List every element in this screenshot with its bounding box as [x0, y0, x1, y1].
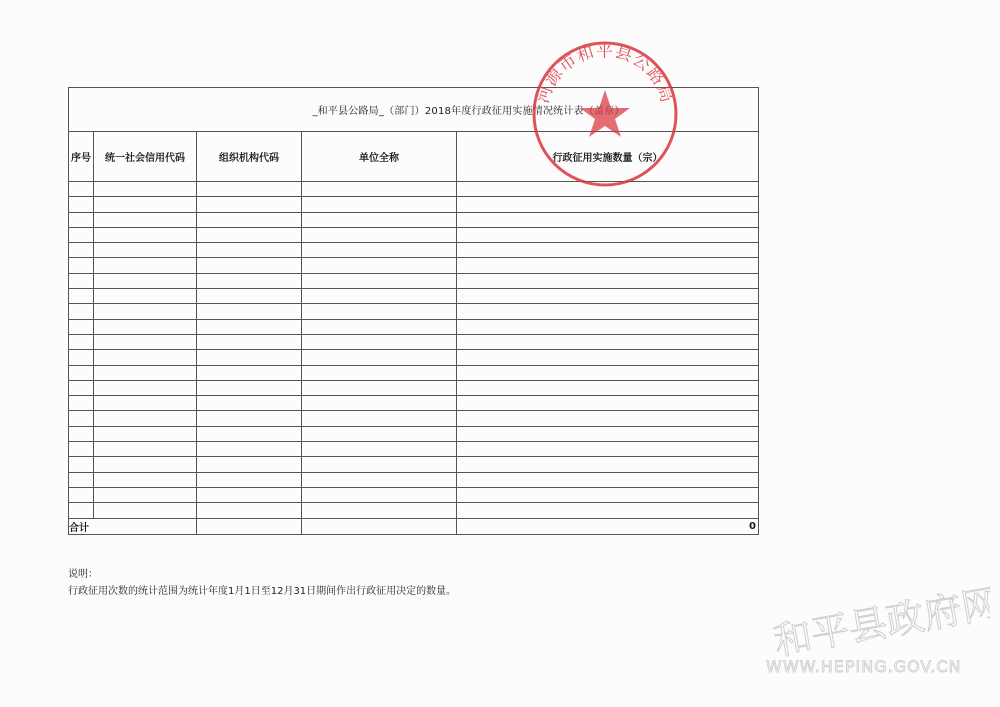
notes-text: 行政征用次数的统计范围为统计年度1月1日至12月31日期间作出行政征用决定的数量…	[68, 583, 456, 600]
table-row	[69, 182, 759, 197]
table-cell	[302, 319, 457, 334]
table-cell	[302, 411, 457, 426]
table-cell	[457, 273, 759, 288]
table-row	[69, 472, 759, 487]
table-cell	[302, 472, 457, 487]
table-cell	[457, 243, 759, 258]
table-cell	[457, 334, 759, 349]
table-cell	[94, 258, 197, 273]
table-cell	[197, 411, 302, 426]
table-cell	[302, 334, 457, 349]
table-cell	[197, 212, 302, 227]
table-cell	[69, 487, 94, 502]
table-cell	[302, 227, 457, 242]
table-cell	[302, 518, 457, 534]
table-row	[69, 289, 759, 304]
table-row	[69, 273, 759, 288]
table-cell	[302, 487, 457, 502]
table-header-row: 序号 统一社会信用代码 组织机构代码 单位全称 行政征用实施数量（宗）	[69, 132, 759, 182]
table-cell	[94, 304, 197, 319]
table-cell	[457, 503, 759, 518]
table-cell	[197, 243, 302, 258]
table-cell	[302, 273, 457, 288]
table-cell	[197, 457, 302, 472]
table-cell	[69, 243, 94, 258]
table-cell	[457, 304, 759, 319]
table-cell	[457, 365, 759, 380]
statistics-table: _和平县公路局_（部门）2018年度行政征用实施情况统计表（盖章） 序号 统一社…	[68, 87, 759, 535]
table-row	[69, 334, 759, 349]
table-row	[69, 457, 759, 472]
table-cell	[69, 396, 94, 411]
table-cell	[94, 212, 197, 227]
table-cell	[302, 258, 457, 273]
table-cell	[94, 289, 197, 304]
table-row	[69, 396, 759, 411]
table-cell	[69, 182, 94, 197]
table-cell	[302, 243, 457, 258]
table-cell	[94, 503, 197, 518]
table-cell	[197, 258, 302, 273]
table-cell	[197, 289, 302, 304]
table-cell	[69, 334, 94, 349]
table-cell	[302, 365, 457, 380]
table-cell	[457, 472, 759, 487]
table-cell	[94, 227, 197, 242]
table-cell	[69, 197, 94, 212]
table-cell	[457, 258, 759, 273]
table-row	[69, 411, 759, 426]
table-row	[69, 487, 759, 502]
table-cell	[302, 197, 457, 212]
table-cell	[69, 273, 94, 288]
table-cell	[69, 304, 94, 319]
table-cell	[197, 304, 302, 319]
table-cell	[197, 197, 302, 212]
table-cell	[94, 396, 197, 411]
table-title: _和平县公路局_（部门）2018年度行政征用实施情况统计表（盖章）	[69, 88, 759, 132]
table-cell	[197, 426, 302, 441]
table-cell	[302, 182, 457, 197]
table-cell	[69, 350, 94, 365]
table-cell	[302, 442, 457, 457]
table-cell	[94, 350, 197, 365]
table-cell	[197, 182, 302, 197]
table-cell	[302, 289, 457, 304]
table-row	[69, 304, 759, 319]
table-cell	[457, 380, 759, 395]
table-cell	[457, 319, 759, 334]
table-cell	[94, 411, 197, 426]
table-cell	[457, 212, 759, 227]
table-cell	[457, 411, 759, 426]
table-cell	[69, 503, 94, 518]
total-label: 合计	[69, 518, 197, 534]
table-cell	[69, 380, 94, 395]
table-cell	[302, 304, 457, 319]
table-cell	[94, 243, 197, 258]
table-cell	[457, 442, 759, 457]
table-cell	[69, 365, 94, 380]
table-row	[69, 243, 759, 258]
table-cell	[302, 212, 457, 227]
table-cell	[457, 457, 759, 472]
table-cell	[197, 487, 302, 502]
table-cell	[197, 334, 302, 349]
table-row	[69, 212, 759, 227]
table-cell	[197, 227, 302, 242]
table-row	[69, 380, 759, 395]
table-cell	[69, 258, 94, 273]
table-cell	[94, 487, 197, 502]
table-row	[69, 258, 759, 273]
table-cell	[94, 457, 197, 472]
table-cell	[94, 273, 197, 288]
header-credit-code: 统一社会信用代码	[94, 132, 197, 182]
notes-heading: 说明：	[68, 566, 456, 583]
table-cell	[94, 472, 197, 487]
header-org-code: 组织机构代码	[197, 132, 302, 182]
table-cell	[457, 426, 759, 441]
notes-section: 说明： 行政征用次数的统计范围为统计年度1月1日至12月31日期间作出行政征用决…	[68, 566, 456, 600]
table-cell	[197, 518, 302, 534]
table-cell	[69, 472, 94, 487]
table-cell	[69, 289, 94, 304]
table-cell	[457, 289, 759, 304]
table-cell	[94, 380, 197, 395]
table-cell	[94, 426, 197, 441]
table-row	[69, 227, 759, 242]
table-cell	[457, 227, 759, 242]
total-value: 0	[457, 518, 759, 534]
table-cell	[94, 319, 197, 334]
header-unit-name: 单位全称	[302, 132, 457, 182]
total-row: 合计0	[69, 518, 759, 534]
header-serial-number: 序号	[69, 132, 94, 182]
table-cell	[94, 442, 197, 457]
watermark: 和平县政府网 WWW.HEPING.GOV.CN	[760, 580, 990, 680]
table-row	[69, 442, 759, 457]
table-cell	[69, 426, 94, 441]
header-requisition-count: 行政征用实施数量（宗）	[457, 132, 759, 182]
watermark-text: 和平县政府网	[771, 581, 990, 664]
table-cell	[197, 503, 302, 518]
table-cell	[457, 197, 759, 212]
table-cell	[197, 350, 302, 365]
table-cell	[94, 365, 197, 380]
table-row	[69, 365, 759, 380]
table-cell	[457, 182, 759, 197]
table-cell	[302, 350, 457, 365]
table-cell	[69, 319, 94, 334]
table-cell	[457, 396, 759, 411]
table-row	[69, 426, 759, 441]
table-cell	[94, 197, 197, 212]
table-cell	[94, 334, 197, 349]
table-cell	[302, 380, 457, 395]
table-cell	[197, 442, 302, 457]
table-row	[69, 503, 759, 518]
table-cell	[457, 350, 759, 365]
table-row	[69, 319, 759, 334]
table-cell	[69, 442, 94, 457]
table-cell	[197, 273, 302, 288]
table-cell	[302, 396, 457, 411]
table-cell	[302, 457, 457, 472]
table-cell	[69, 212, 94, 227]
document-page: _和平县公路局_（部门）2018年度行政征用实施情况统计表（盖章） 序号 统一社…	[0, 0, 1000, 707]
table-cell	[94, 182, 197, 197]
table-cell	[197, 472, 302, 487]
table-cell	[69, 227, 94, 242]
table-cell	[197, 396, 302, 411]
table-cell	[197, 380, 302, 395]
table-cell	[457, 487, 759, 502]
table-row	[69, 350, 759, 365]
table-cell	[197, 365, 302, 380]
table-cell	[302, 503, 457, 518]
table-cell	[197, 319, 302, 334]
table-cell	[69, 411, 94, 426]
watermark-url: WWW.HEPING.GOV.CN	[766, 657, 962, 676]
table-cell	[69, 457, 94, 472]
table-cell	[302, 426, 457, 441]
table-row	[69, 197, 759, 212]
